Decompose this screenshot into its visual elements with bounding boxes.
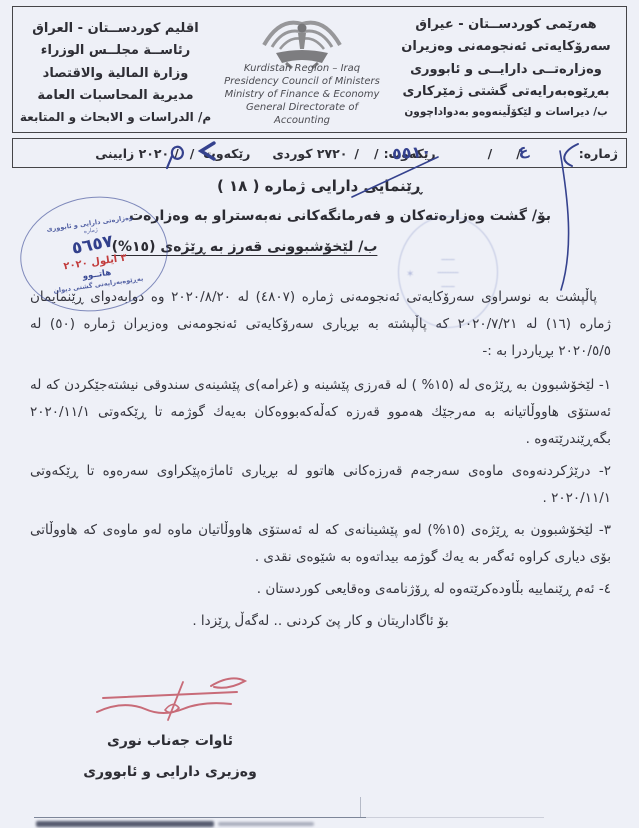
minister-signature-ink — [85, 670, 255, 730]
stamp-star-icon: ✶ — [406, 267, 414, 282]
footer-rule — [34, 817, 366, 818]
footer-rule-faint — [366, 817, 544, 818]
closing-line: بۆ ئاگاداریتان و کار پێ کردنی .. لەگەڵ ڕ… — [30, 608, 611, 635]
ref-slash: / — [174, 146, 179, 161]
handwritten-reference-number: ٥٥١٠ — [391, 142, 431, 164]
ref-slash: / — [374, 146, 379, 161]
kurdish-line: ب/ دیراسات و لێکۆڵینەوەو بەدواداچوون — [386, 103, 626, 121]
english-line: Presidency Council of Ministers — [218, 75, 386, 88]
letterhead: هەرێمی کوردســتان - عیراق سەرۆکایەتی ئەن… — [12, 6, 627, 133]
footer-tick-mark — [360, 797, 361, 817]
ref-date-kurdish-year: ٢٧٢٠ کوردی — [272, 146, 347, 161]
ref-slash: / — [190, 146, 195, 161]
reference-bar: ژماره: / / رێکەوت: / / ٢٧٢٠ کوردی رێکەوت… — [12, 138, 627, 168]
stamp-illegible-line: ــــــــ — [437, 265, 458, 279]
kurdish-line: هەرێمی کوردســتان - عیراق — [386, 14, 626, 36]
kurdish-line: وەزارەتــی دارایــی و ئابووری — [386, 59, 626, 81]
minister-name: ئاوات جەناب نوری — [45, 733, 295, 749]
directive-title: ڕێنمایی دارایی ژماره ( ١٨ ) — [0, 177, 639, 195]
stamp-illegible-line: ـــــ — [441, 252, 454, 266]
directive-item-2: ٢- درێژکردنەوەی ماوەی سەرجەم قەرزەکانی ه… — [30, 458, 611, 512]
kurdish-line: سەرۆکایەتی ئەنجومەنی وەزیران — [386, 36, 626, 58]
letterhead-kurdish-column: هەرێمی کوردســتان - عیراق سەرۆکایەتی ئەن… — [386, 7, 626, 132]
kurdish-line: بەڕێوەبەرایەتی گشتی ژمێرکاری — [386, 81, 626, 103]
letterhead-center: Kurdistan Region – Iraq Presidency Counc… — [218, 7, 386, 132]
ref-slash: / — [354, 146, 359, 161]
faint-round-stamp: ✶ ـــــ ــــــــ ـــــ — [398, 216, 498, 328]
arabic-line: رئاســة مجلــس الوزراء — [13, 40, 218, 62]
directive-item-4: ٤- ئەم ڕێنماییە بڵاودەکرێتەوە لە ڕۆژنامە… — [30, 576, 611, 603]
footer-cutoff-text — [218, 822, 314, 826]
arabic-line: مديرية المحاسبات العامة — [13, 85, 218, 107]
minister-title: وەزیری دارایی و ئابووری — [45, 764, 295, 780]
ref-slash: / — [488, 146, 493, 161]
english-line: General Directorate of Accounting — [218, 101, 386, 127]
directive-item-1: ١- لێخۆشبوون بە ڕێژەی لە (١٥% ) لە قەرزی… — [30, 372, 611, 453]
directive-item-3: ٣- لێخۆشبوون بە ڕێژەی (١٥%) لەو پێشینانە… — [30, 517, 611, 571]
arabic-line: اقليم كوردســتان - العراق — [13, 18, 218, 40]
english-line: Kurdistan Region – Iraq — [218, 62, 386, 75]
stamp-illegible-line: ـــــ — [441, 279, 454, 293]
letterhead-arabic-column: اقليم كوردســتان - العراق رئاســة مجلــس… — [13, 7, 218, 132]
arabic-line: م/ الدراسات و الابحاث و المتابعة — [13, 107, 218, 128]
ref-number-label: ژماره: — [579, 146, 618, 161]
letter-body: پاڵپشت بە نوسراوی سەرۆکایەتی ئەنجومەنی ژ… — [30, 284, 611, 635]
document-page: هەرێمی کوردســتان - عیراق سەرۆکایەتی ئەن… — [0, 0, 639, 828]
footer-cutoff-text — [36, 821, 214, 827]
english-line: Ministry of Finance & Economy — [218, 88, 386, 101]
addressee-line: بۆ/ گشت وەزارەتەکان و فەرمانگەکانی نەبەس… — [129, 208, 551, 224]
letterhead-english: Kurdistan Region – Iraq Presidency Counc… — [218, 62, 386, 127]
ref-date-gregorian-label: رێکەوت — [203, 146, 250, 161]
ref-date-gregorian-year: ٢٠٢٠ زایینی — [95, 146, 169, 161]
arabic-line: وزارة المالية والاقتصاد — [13, 63, 218, 85]
